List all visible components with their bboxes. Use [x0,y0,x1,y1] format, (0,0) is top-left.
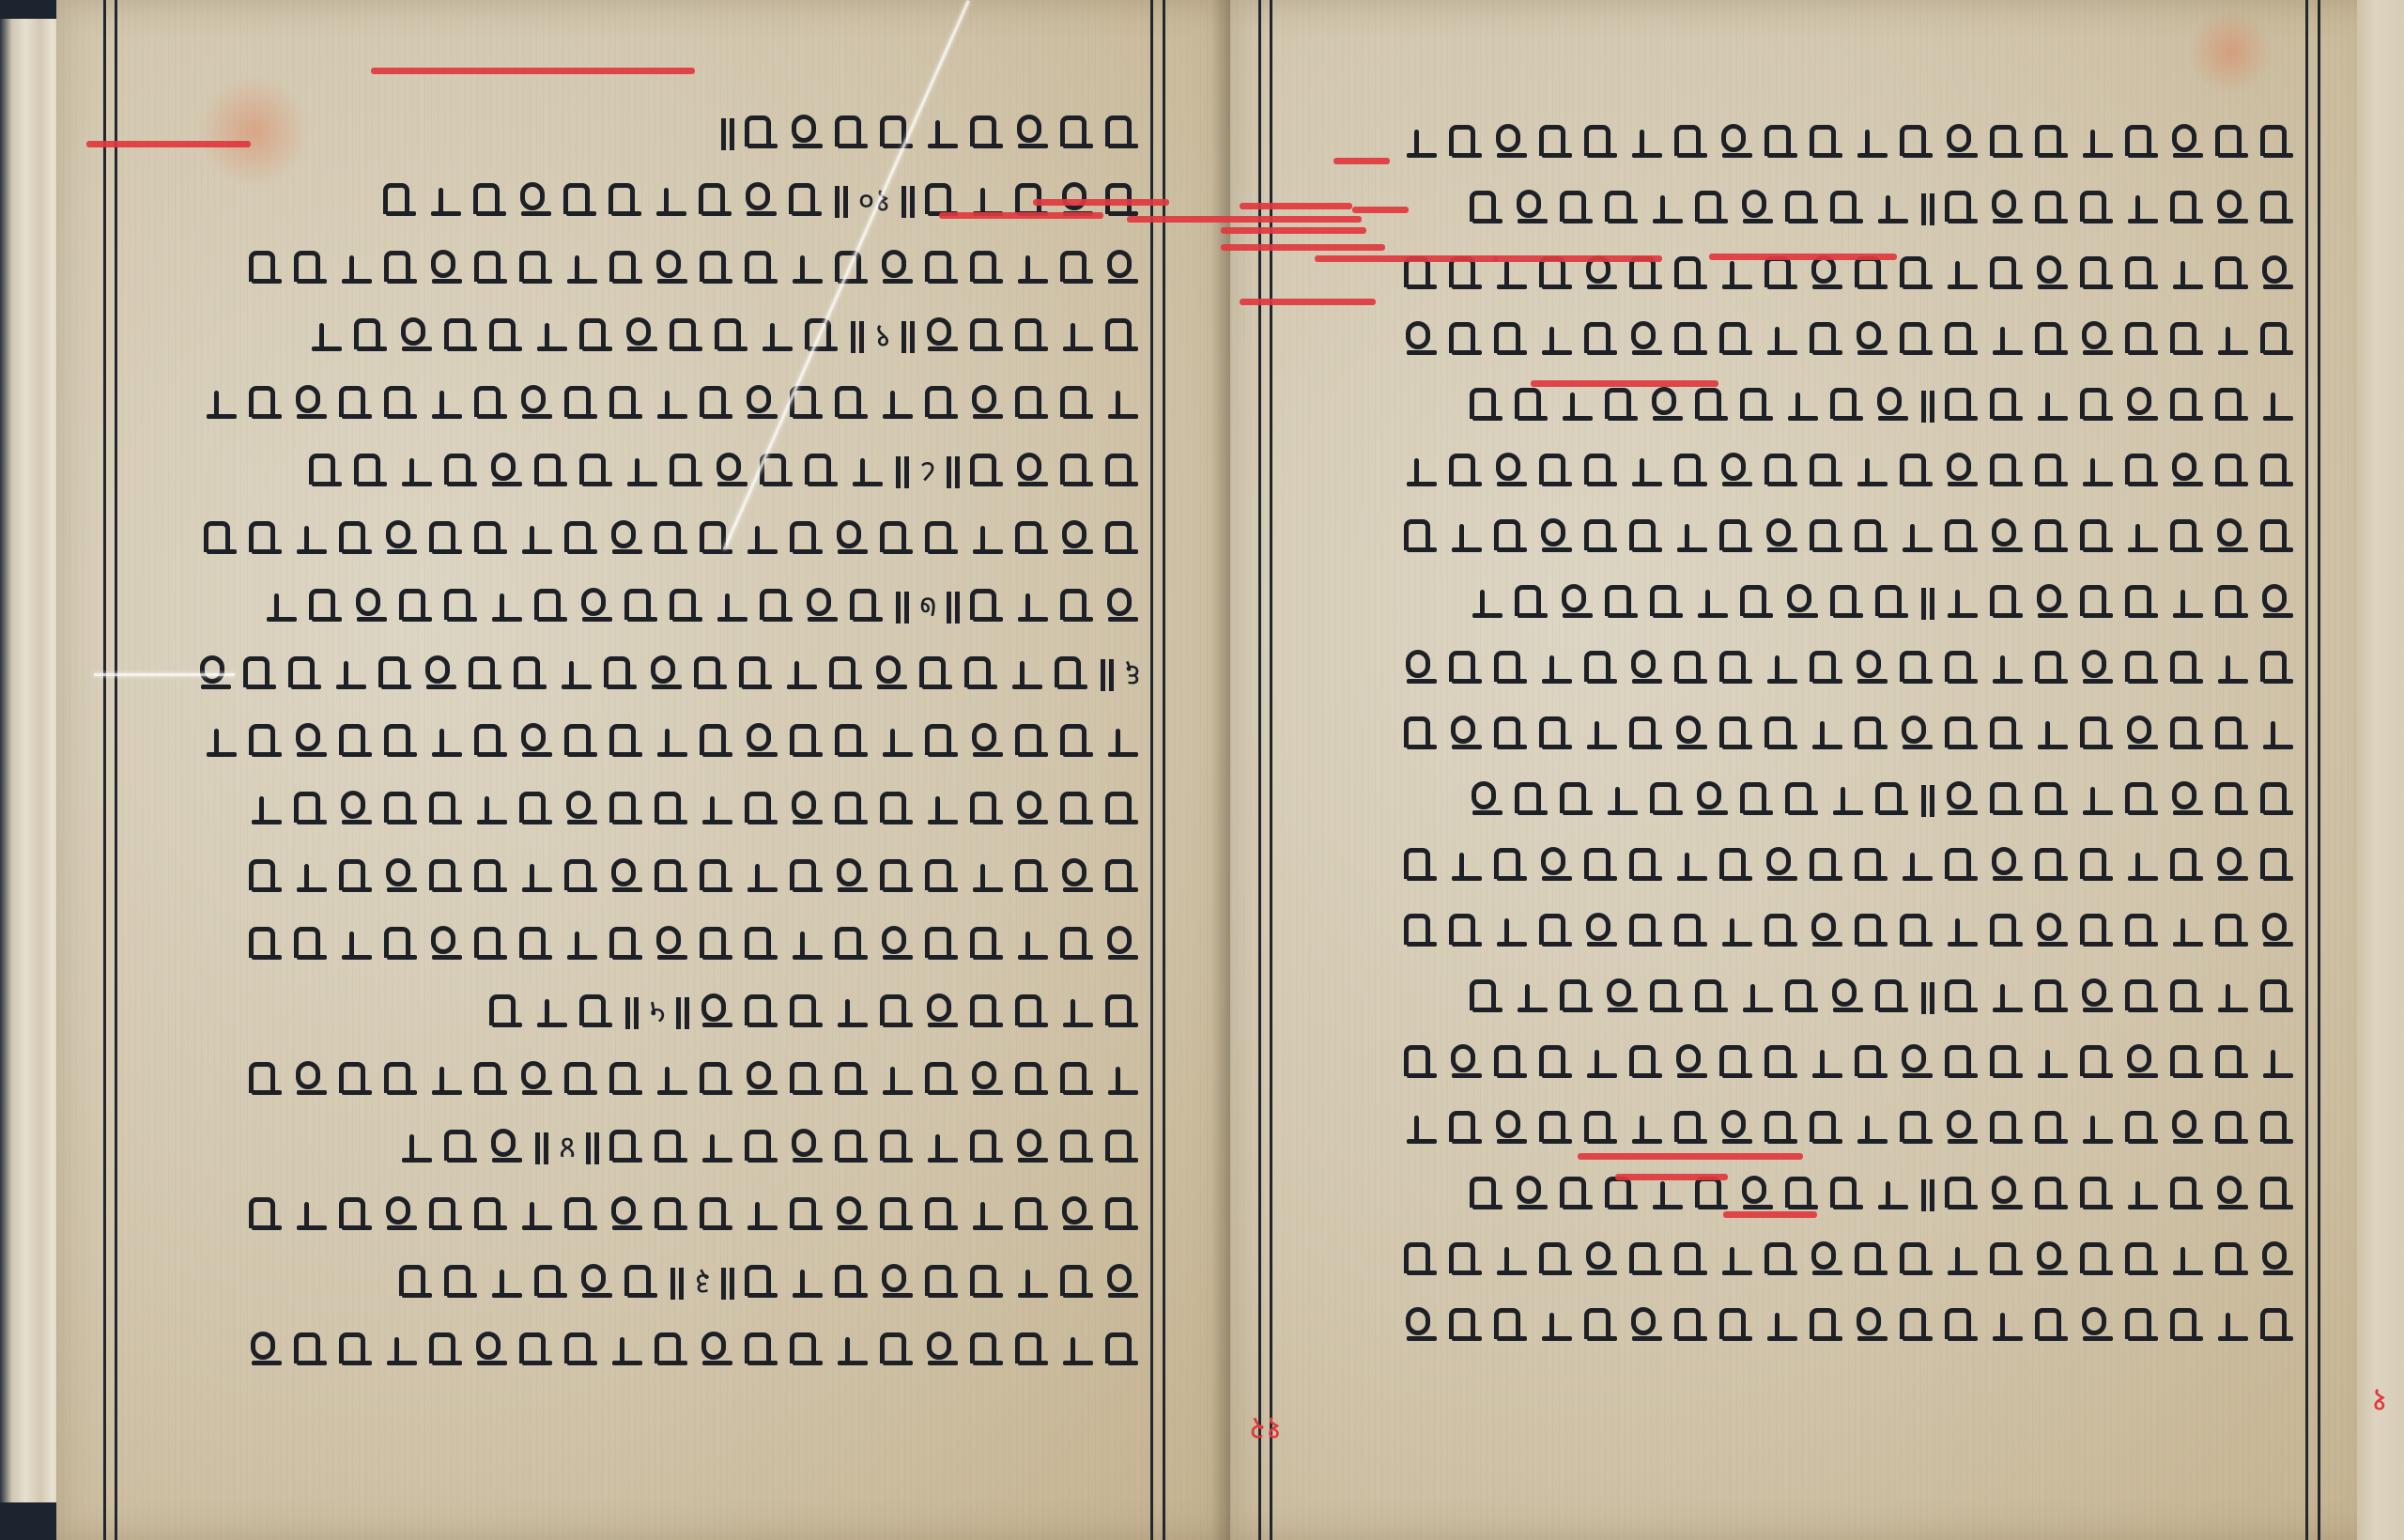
script-glyph [429,926,465,963]
script-glyph [1945,1110,1980,1147]
script-glyph [564,1332,600,1369]
manuscript-line [1291,319,2296,361]
script-glyph [1719,518,1755,556]
double-danda [901,317,916,355]
script-glyph [739,655,775,693]
script-glyph [354,453,390,490]
script-glyph [1810,321,1845,359]
script-glyph [2080,584,2116,622]
script-glyph [1875,584,1911,622]
script-glyph [1560,781,1595,819]
script-glyph [1945,978,1980,1016]
script-glyph [609,250,645,287]
script-glyph [429,385,465,423]
script-glyph [2170,650,2206,687]
script-glyph [790,1061,825,1099]
script-glyph [970,317,1006,355]
manuscript-line: ७ [136,586,1141,627]
script-glyph [2125,124,2161,162]
script-glyph [514,655,549,693]
script-glyph [1945,584,1980,622]
script-glyph [2080,124,2116,162]
script-glyph [1015,723,1051,761]
script-glyph [1105,115,1141,152]
script-glyph [670,588,705,625]
script-glyph [925,926,961,963]
script-glyph [880,1129,916,1166]
script-glyph [744,182,779,220]
script-glyph [534,993,570,1031]
script-glyph [1015,385,1051,423]
script-glyph [1990,978,2026,1016]
script-glyph [1105,1264,1141,1301]
script-glyph [2215,387,2251,424]
script-glyph [2170,781,2206,819]
script-glyph [1539,847,1575,885]
script-glyph [1404,650,1440,687]
script-glyph [294,520,330,558]
script-glyph [1629,1241,1665,1279]
script-glyph [1015,791,1051,828]
left-page: १०९८७६५४३ [56,0,1230,1540]
script-glyph [2125,1044,2161,1082]
script-glyph [880,1061,916,1099]
script-glyph [925,1196,961,1234]
script-glyph [474,385,510,423]
script-glyph [1584,1307,1620,1345]
script-glyph [970,453,1006,490]
script-glyph [424,655,459,693]
script-glyph [1015,1129,1051,1166]
script-glyph [1560,387,1595,424]
script-glyph [1785,190,1821,227]
double-danda [901,182,916,220]
script-glyph [489,1129,525,1166]
script-glyph [925,1061,961,1099]
script-glyph [2170,321,2206,359]
border-rule [1150,0,1153,1540]
script-glyph [1449,1241,1485,1279]
script-glyph [294,250,330,287]
script-glyph [1629,913,1665,950]
script-glyph [2125,387,2161,424]
script-glyph [1539,650,1575,687]
script-glyph [339,858,375,896]
script-glyph [1674,1044,1710,1082]
script-glyph [519,858,555,896]
script-glyph [1855,716,1890,753]
script-glyph [1449,716,1485,753]
script-glyph [1764,321,1800,359]
script-glyph [444,1264,480,1301]
script-glyph [2260,1176,2296,1213]
script-glyph [790,791,825,828]
red-rubric-underline [1127,216,1362,223]
script-glyph [2035,255,2071,293]
script-glyph [1060,1264,1096,1301]
script-glyph [1584,913,1620,950]
script-glyph [2125,1241,2161,1279]
script-glyph [2035,321,2071,359]
script-glyph [1539,321,1575,359]
script-glyph [880,520,916,558]
script-glyph [745,926,780,963]
script-glyph [1764,913,1800,950]
script-glyph [474,520,510,558]
script-glyph [790,115,825,152]
script-glyph [518,182,554,220]
script-glyph [474,1196,510,1234]
script-glyph [1629,453,1665,490]
script-glyph [294,1196,330,1234]
script-glyph [1629,1110,1665,1147]
script-glyph [649,655,685,693]
script-glyph [249,1061,285,1099]
script-glyph [700,385,735,423]
script-glyph [790,520,825,558]
script-glyph [925,791,961,828]
script-glyph [339,250,375,287]
script-glyph [2260,1307,2296,1345]
script-glyph [474,1332,510,1369]
script-glyph [835,1061,871,1099]
script-glyph [1584,453,1620,490]
verse-number: ४ [559,1129,576,1166]
script-glyph [700,926,735,963]
script-glyph [1764,124,1800,162]
script-glyph [2260,1044,2296,1082]
script-glyph [1539,124,1575,162]
script-glyph [1015,1332,1051,1369]
script-glyph [1494,321,1530,359]
script-glyph [399,317,435,355]
script-glyph [2080,847,2116,885]
script-glyph [880,858,916,896]
script-glyph [2125,716,2161,753]
script-glyph [429,1196,465,1234]
script-glyph [1810,1110,1845,1147]
script-glyph [1060,115,1096,152]
script-glyph [925,115,961,152]
script-glyph [609,1129,645,1166]
script-glyph [519,791,555,828]
script-glyph [2215,1307,2251,1345]
script-glyph [1740,781,1776,819]
script-glyph [1674,1241,1710,1279]
script-glyph [604,655,640,693]
script-glyph [1015,1264,1051,1301]
script-glyph [564,791,600,828]
script-glyph [745,115,780,152]
red-rubric-underline [371,68,695,74]
script-glyph [1105,385,1141,423]
script-glyph [805,453,840,490]
script-glyph [1810,518,1845,556]
script-glyph [384,520,420,558]
script-glyph [2170,387,2206,424]
script-glyph [1695,781,1731,819]
script-glyph [2035,1241,2071,1279]
manuscript-line [1291,122,2296,163]
red-rubric-underline [1493,255,1662,262]
manuscript-line: ३ [136,1262,1141,1303]
double-danda [670,1264,685,1301]
script-glyph [1719,1241,1755,1279]
script-glyph [760,588,795,625]
script-glyph [579,588,615,625]
script-glyph [760,317,795,355]
script-glyph [2260,584,2296,622]
script-glyph [1990,1044,2026,1082]
script-glyph [1015,250,1051,287]
script-glyph [1449,518,1485,556]
script-glyph [2080,1044,2116,1082]
script-glyph [559,655,594,693]
script-glyph [850,588,886,625]
red-rubric-underline [1315,255,1498,262]
manuscript-line [1291,845,2296,886]
script-glyph [1719,913,1755,950]
script-glyph [2035,847,2071,885]
script-glyph [970,1332,1006,1369]
script-glyph [964,655,1000,693]
script-glyph [1990,781,2026,819]
script-glyph [970,791,1006,828]
double-danda [720,1264,735,1301]
script-glyph [1740,584,1776,622]
script-glyph [1105,1196,1141,1234]
script-glyph [1990,387,2026,424]
script-glyph [1855,124,1890,162]
script-glyph [1494,453,1530,490]
double-danda [834,182,849,220]
script-glyph [354,588,390,625]
script-glyph [489,317,525,355]
script-glyph [333,655,369,693]
script-glyph [1060,385,1096,423]
manuscript-line [1291,648,2296,689]
script-glyph [925,723,961,761]
script-glyph [880,993,916,1031]
script-glyph [1719,255,1755,293]
script-glyph [2260,453,2296,490]
script-glyph [1945,1307,1980,1345]
script-glyph [925,385,961,423]
script-glyph [2035,1044,2071,1082]
red-rubric-underline [1240,203,1352,209]
script-glyph [2125,1110,2161,1147]
script-glyph [880,1196,916,1234]
script-glyph [1449,453,1485,490]
script-glyph [2035,190,2071,227]
script-glyph [1855,847,1890,885]
script-glyph [534,588,570,625]
script-glyph [1105,520,1141,558]
script-glyph [655,723,690,761]
script-glyph [1719,716,1755,753]
script-glyph [1494,716,1530,753]
script-glyph [1785,978,1821,1016]
red-rubric-underline [1352,207,1409,213]
script-glyph [805,588,840,625]
script-glyph [1629,1044,1665,1082]
script-glyph [2260,518,2296,556]
script-glyph [2215,124,2251,162]
script-glyph [1990,453,2026,490]
script-glyph [1855,1241,1890,1279]
script-glyph [1515,1176,1550,1213]
script-glyph [579,317,615,355]
script-glyph [790,723,825,761]
script-glyph [2170,716,2206,753]
script-glyph [850,453,886,490]
script-glyph [1764,1044,1800,1082]
script-glyph [1719,124,1755,162]
script-glyph [2260,781,2296,819]
script-glyph [1900,453,1935,490]
script-glyph [1539,1044,1575,1082]
script-glyph [243,655,279,693]
script-glyph [1830,781,1866,819]
script-glyph [1900,124,1935,162]
script-glyph [519,1196,555,1234]
script-glyph [1539,518,1575,556]
script-glyph [1719,1110,1755,1147]
double-danda [1920,1176,1935,1213]
script-glyph [1810,1044,1845,1082]
script-glyph [444,588,480,625]
script-glyph [1990,190,2026,227]
script-glyph [745,1264,780,1301]
red-rubric-underline [1531,380,1718,387]
script-glyph [1945,387,1980,424]
script-glyph [1494,1110,1530,1147]
script-glyph [1740,1176,1776,1213]
script-glyph [2125,190,2161,227]
script-glyph [655,1332,690,1369]
script-glyph [1560,584,1595,622]
script-glyph [1404,1110,1440,1147]
script-glyph [1830,978,1866,1016]
manuscript-line [1291,977,2296,1018]
verse-number: ७ [919,588,936,625]
script-glyph [609,520,645,558]
script-glyph [1404,913,1440,950]
script-glyph [1449,1110,1485,1147]
script-glyph [1015,858,1051,896]
script-glyph [970,520,1006,558]
script-glyph [1695,1176,1731,1213]
script-glyph [700,723,735,761]
manuscript-line [136,789,1141,830]
script-glyph [354,317,390,355]
script-glyph [1515,584,1550,622]
script-glyph [1470,584,1505,622]
script-glyph [1494,1044,1530,1082]
script-glyph [309,453,345,490]
manuscript-line [1291,582,2296,624]
script-glyph [745,520,780,558]
script-glyph [1990,1110,2026,1147]
script-glyph [384,1196,420,1234]
right-page [1230,0,2385,1540]
script-glyph [2125,1307,2161,1345]
script-glyph [2035,387,2071,424]
script-glyph [1605,978,1641,1016]
script-glyph [1539,1110,1575,1147]
script-glyph [745,1129,780,1166]
script-glyph [624,588,660,625]
manuscript-line [1291,516,2296,558]
script-glyph [1055,655,1090,693]
script-glyph [835,926,871,963]
script-glyph [624,1264,660,1301]
script-glyph [1539,453,1575,490]
script-glyph [2080,453,2116,490]
script-glyph [249,723,285,761]
red-rubric-underline [939,212,1103,219]
script-glyph [2080,1241,2116,1279]
script-glyph [2125,1176,2161,1213]
script-glyph [264,588,300,625]
red-rubric-underline [1221,244,1385,251]
script-glyph [474,926,510,963]
script-glyph [428,182,464,220]
open-manuscript: १०९८७६५४३ १२ १ [0,0,2404,1540]
script-glyph [1810,124,1845,162]
script-glyph [1740,978,1776,1016]
script-glyph [2080,1110,2116,1147]
script-glyph [2080,1307,2116,1345]
script-glyph [1785,584,1821,622]
script-glyph [835,791,871,828]
script-glyph [880,723,916,761]
double-danda [534,1129,549,1166]
script-glyph [789,182,824,220]
next-leaf-edge [2357,0,2404,1540]
script-glyph [339,723,375,761]
script-glyph [970,1196,1006,1234]
script-glyph [2080,321,2116,359]
script-glyph [2170,518,2206,556]
script-glyph [1560,190,1595,227]
script-glyph [1060,1196,1096,1234]
script-glyph [2080,978,2116,1016]
script-glyph [1494,847,1530,885]
script-glyph [473,182,509,220]
script-glyph [1785,387,1821,424]
script-glyph [694,655,730,693]
script-glyph [1719,1044,1755,1082]
script-glyph [474,858,510,896]
script-glyph [925,317,961,355]
double-danda [895,453,910,490]
script-glyph [429,520,465,558]
script-glyph [1990,124,2026,162]
script-glyph [1404,1241,1440,1279]
border-rule [2318,0,2320,1540]
script-glyph [2215,781,2251,819]
script-glyph [1785,1176,1821,1213]
script-glyph [1060,1129,1096,1166]
script-glyph [384,723,420,761]
script-glyph [2125,321,2161,359]
verse-number: ५ [649,993,666,1031]
script-glyph [1719,321,1755,359]
script-glyph [1404,1307,1440,1345]
script-glyph [1830,584,1866,622]
script-glyph [579,453,615,490]
